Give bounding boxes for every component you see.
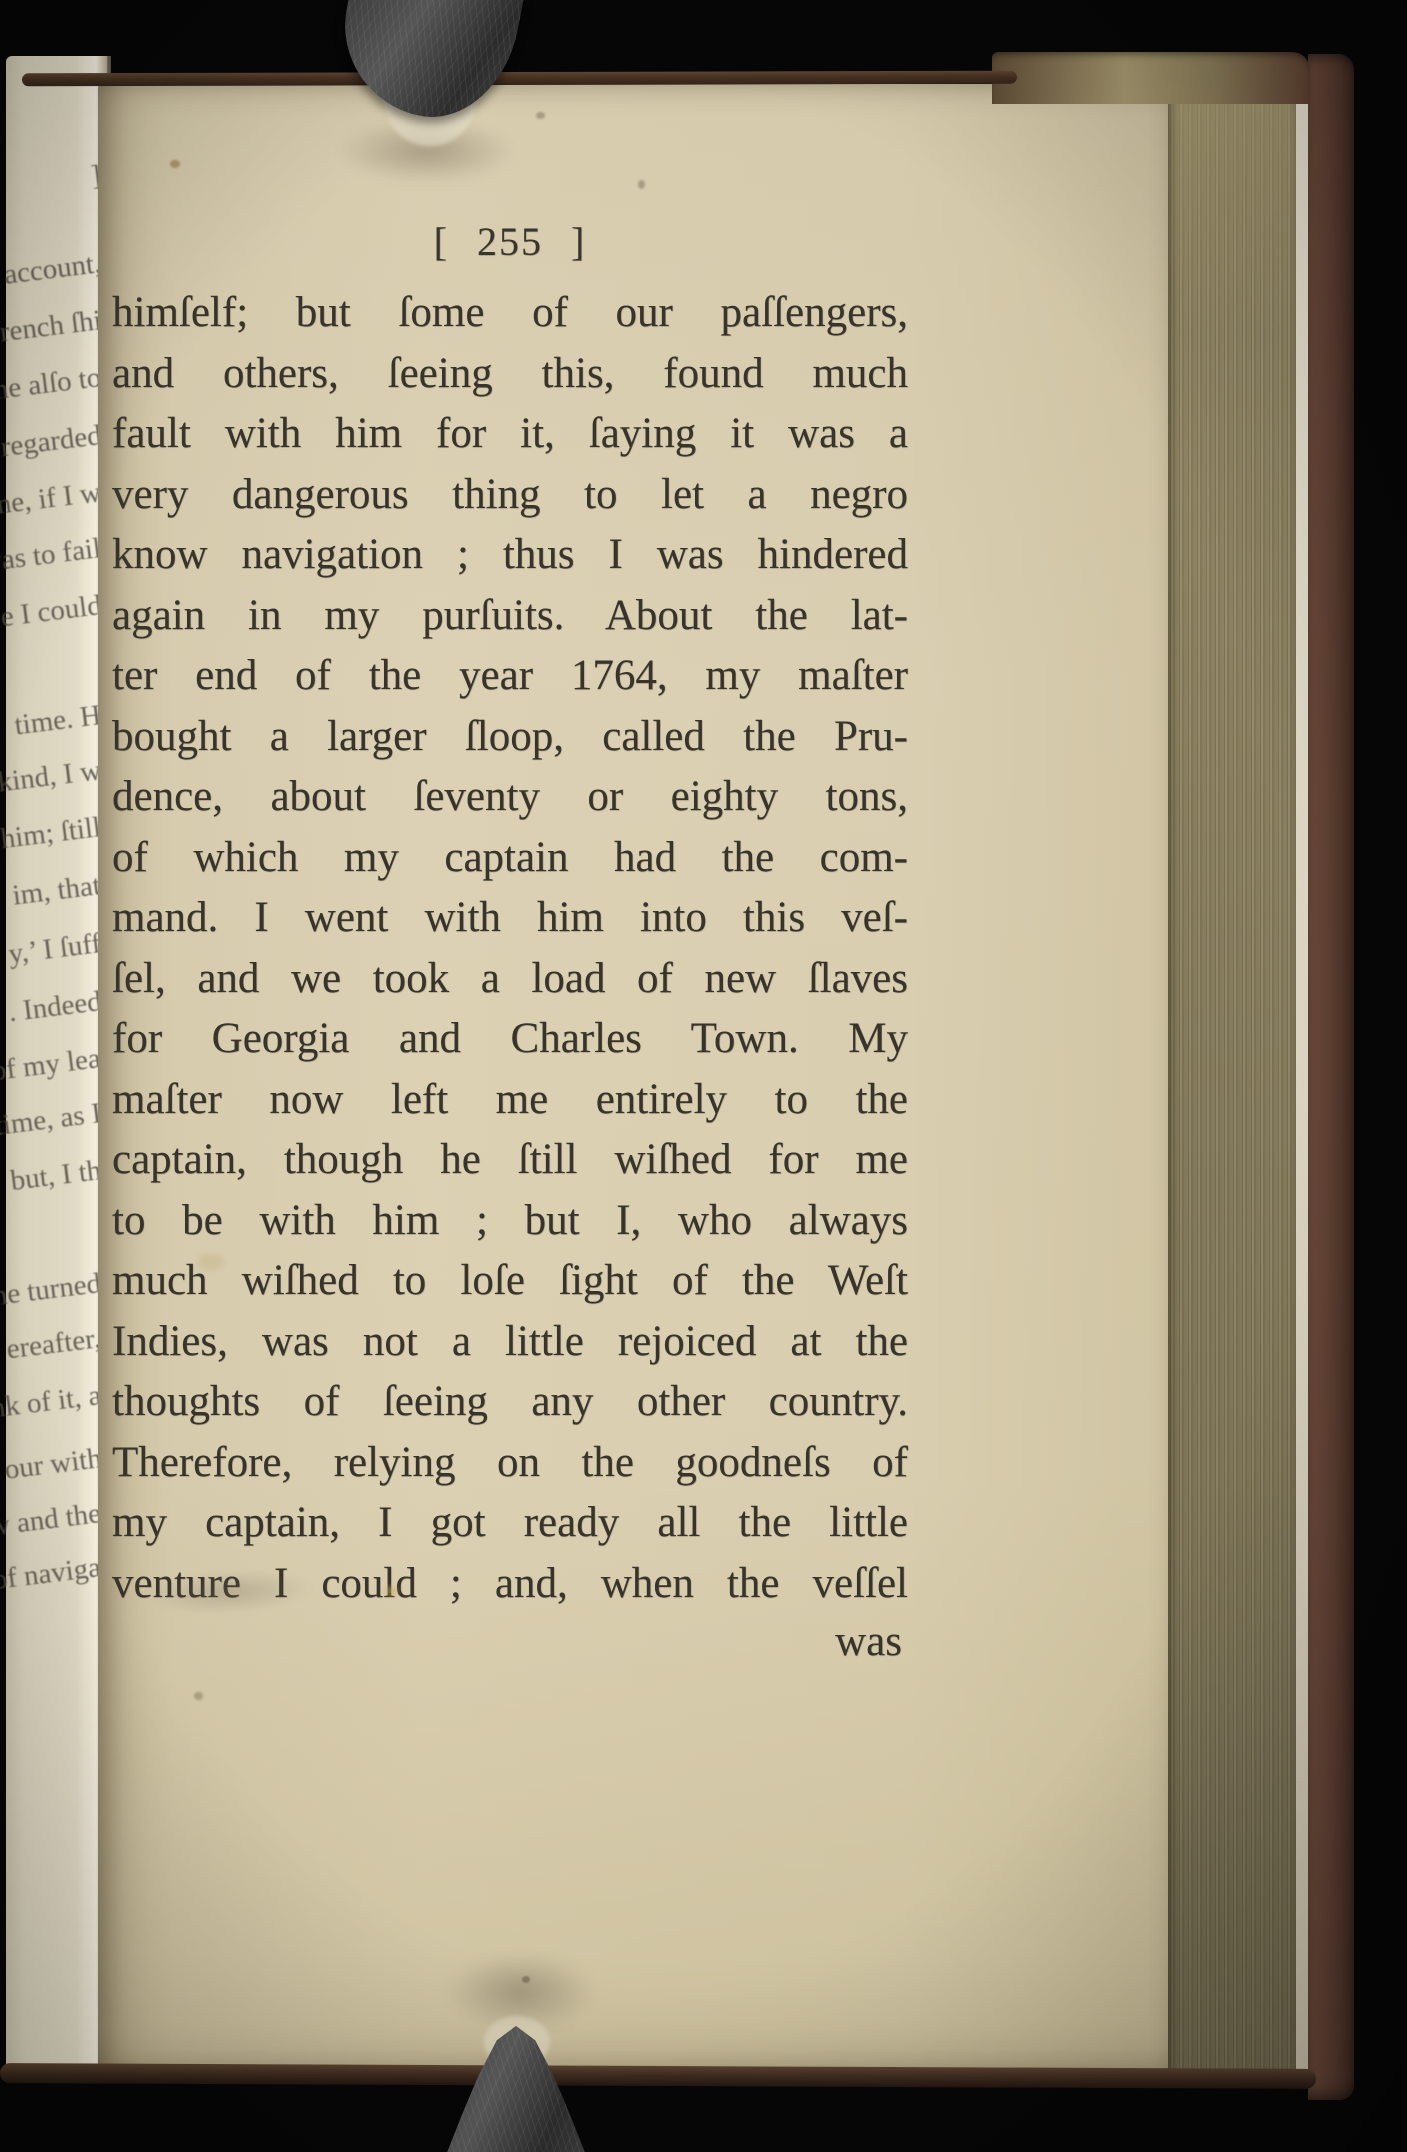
text-line: Therefore, relying on the goodneſs of [112, 1433, 908, 1494]
left-page-text-fragment: of my lea [0, 1043, 103, 1086]
text-line: mand. I went with him into this veſ- [112, 888, 908, 949]
text-line: much wiſhed to loſe ſight of the Weſt [112, 1251, 908, 1312]
page-stain [198, 1254, 224, 1270]
fore-edge-page-stack [1168, 96, 1298, 2074]
left-page-text-fragment: ne turned [0, 1268, 103, 1311]
photo-frame: ]s account,French ſhime alſo toregardedn… [0, 0, 1407, 2152]
left-page-text-fragment: him; ſtill [0, 812, 103, 854]
text-line: ſel, and we took a load of new ſlaves [112, 949, 908, 1010]
left-page-text-fragment: but, I th [9, 1155, 103, 1196]
text-line: himſelf; but ſome of our paſſengers, [112, 283, 908, 344]
clip-metal [436, 2022, 596, 2152]
left-page-text-fragment: w and the [0, 1498, 103, 1542]
text-line: ter end of the year 1764, my maſter [112, 646, 908, 707]
text-line: of which my captain had the com- [112, 828, 908, 889]
left-page-text-fragment: our with [2, 1443, 102, 1485]
page-stain [536, 112, 545, 119]
left-page-text-fragment: time. H [13, 700, 103, 740]
book-cover [1308, 54, 1354, 2100]
left-page-text-fragment: ereafter, [5, 1323, 103, 1364]
left-page-text-fragment: regarded [0, 420, 103, 462]
left-page-text-fragment: ne, if I w [0, 477, 103, 520]
page-stain [638, 180, 645, 189]
text-line: and others, ſeeing this, found much [112, 344, 908, 405]
page-stain [170, 160, 180, 168]
page-number-header: [ 255 ] [112, 218, 908, 265]
left-page-text-fragment: kind, I w [0, 755, 103, 797]
clip-metal [329, 0, 526, 131]
left-page-text-fragment: French ſhi [0, 305, 103, 349]
page-stain [384, 1586, 398, 1596]
book-top-edge [992, 52, 1310, 104]
text-line: fault with him for it, ſaying it was a [112, 404, 908, 465]
text-line: dence, about ſeventy or eighty tons, [112, 767, 908, 828]
left-page-text-fragment: s account, [0, 248, 103, 292]
left-page-text-fragment: time, as I [0, 1098, 103, 1141]
left-page-text-fragment: of naviga [0, 1552, 103, 1595]
text-line: captain, though he ſtill wiſhed for me [112, 1130, 908, 1191]
left-page-text-fragment: im, that [11, 870, 103, 911]
catchword: was [112, 1612, 902, 1672]
text-line: know navigation ; thus I was hindered [112, 525, 908, 586]
page-stain [194, 1692, 203, 1700]
text-line: thoughts of ſeeing any other country. [112, 1372, 908, 1433]
text-line: bought a larger ſloop, called the Pru- [112, 707, 908, 768]
left-page-text-fragment: . Indeed [6, 986, 102, 1027]
text-line: very dangerous thing to let a negro [112, 465, 908, 526]
text-line: my captain, I got ready all the little [112, 1493, 908, 1554]
text-block: himſelf; but ſome of our paſſengers,and … [112, 283, 908, 1614]
left-page-text-fragment: was to fail [0, 533, 103, 577]
text-line: Indies, was not a little rejoiced at the [112, 1312, 908, 1373]
text-line: maſter now left me entirely to the [112, 1070, 908, 1131]
bleed-through-smudge [143, 1566, 315, 1619]
text-line: to be with him ; but I, who always [112, 1191, 908, 1252]
page-holder-clip-top [332, 0, 522, 156]
left-page-text-fragment: me alſo to [0, 362, 103, 406]
text-line: for Georgia and Charles Town. My [112, 1009, 908, 1070]
left-page-text-fragment: y,’ I ſuff [7, 928, 103, 969]
main-page: [ 255 ] himſelf; but ſome of our paſſeng… [98, 84, 1173, 2076]
left-page-text-fragment: nk of it, a [0, 1380, 103, 1423]
fragment-layer: ]s account,French ſhime alſo toregardedn… [0, 0, 107, 2090]
left-page-text-fragment: e I could [0, 590, 103, 632]
page-holder-clip-bottom [436, 2022, 596, 2152]
text-line: again in my purſuits. About the lat- [112, 586, 908, 647]
